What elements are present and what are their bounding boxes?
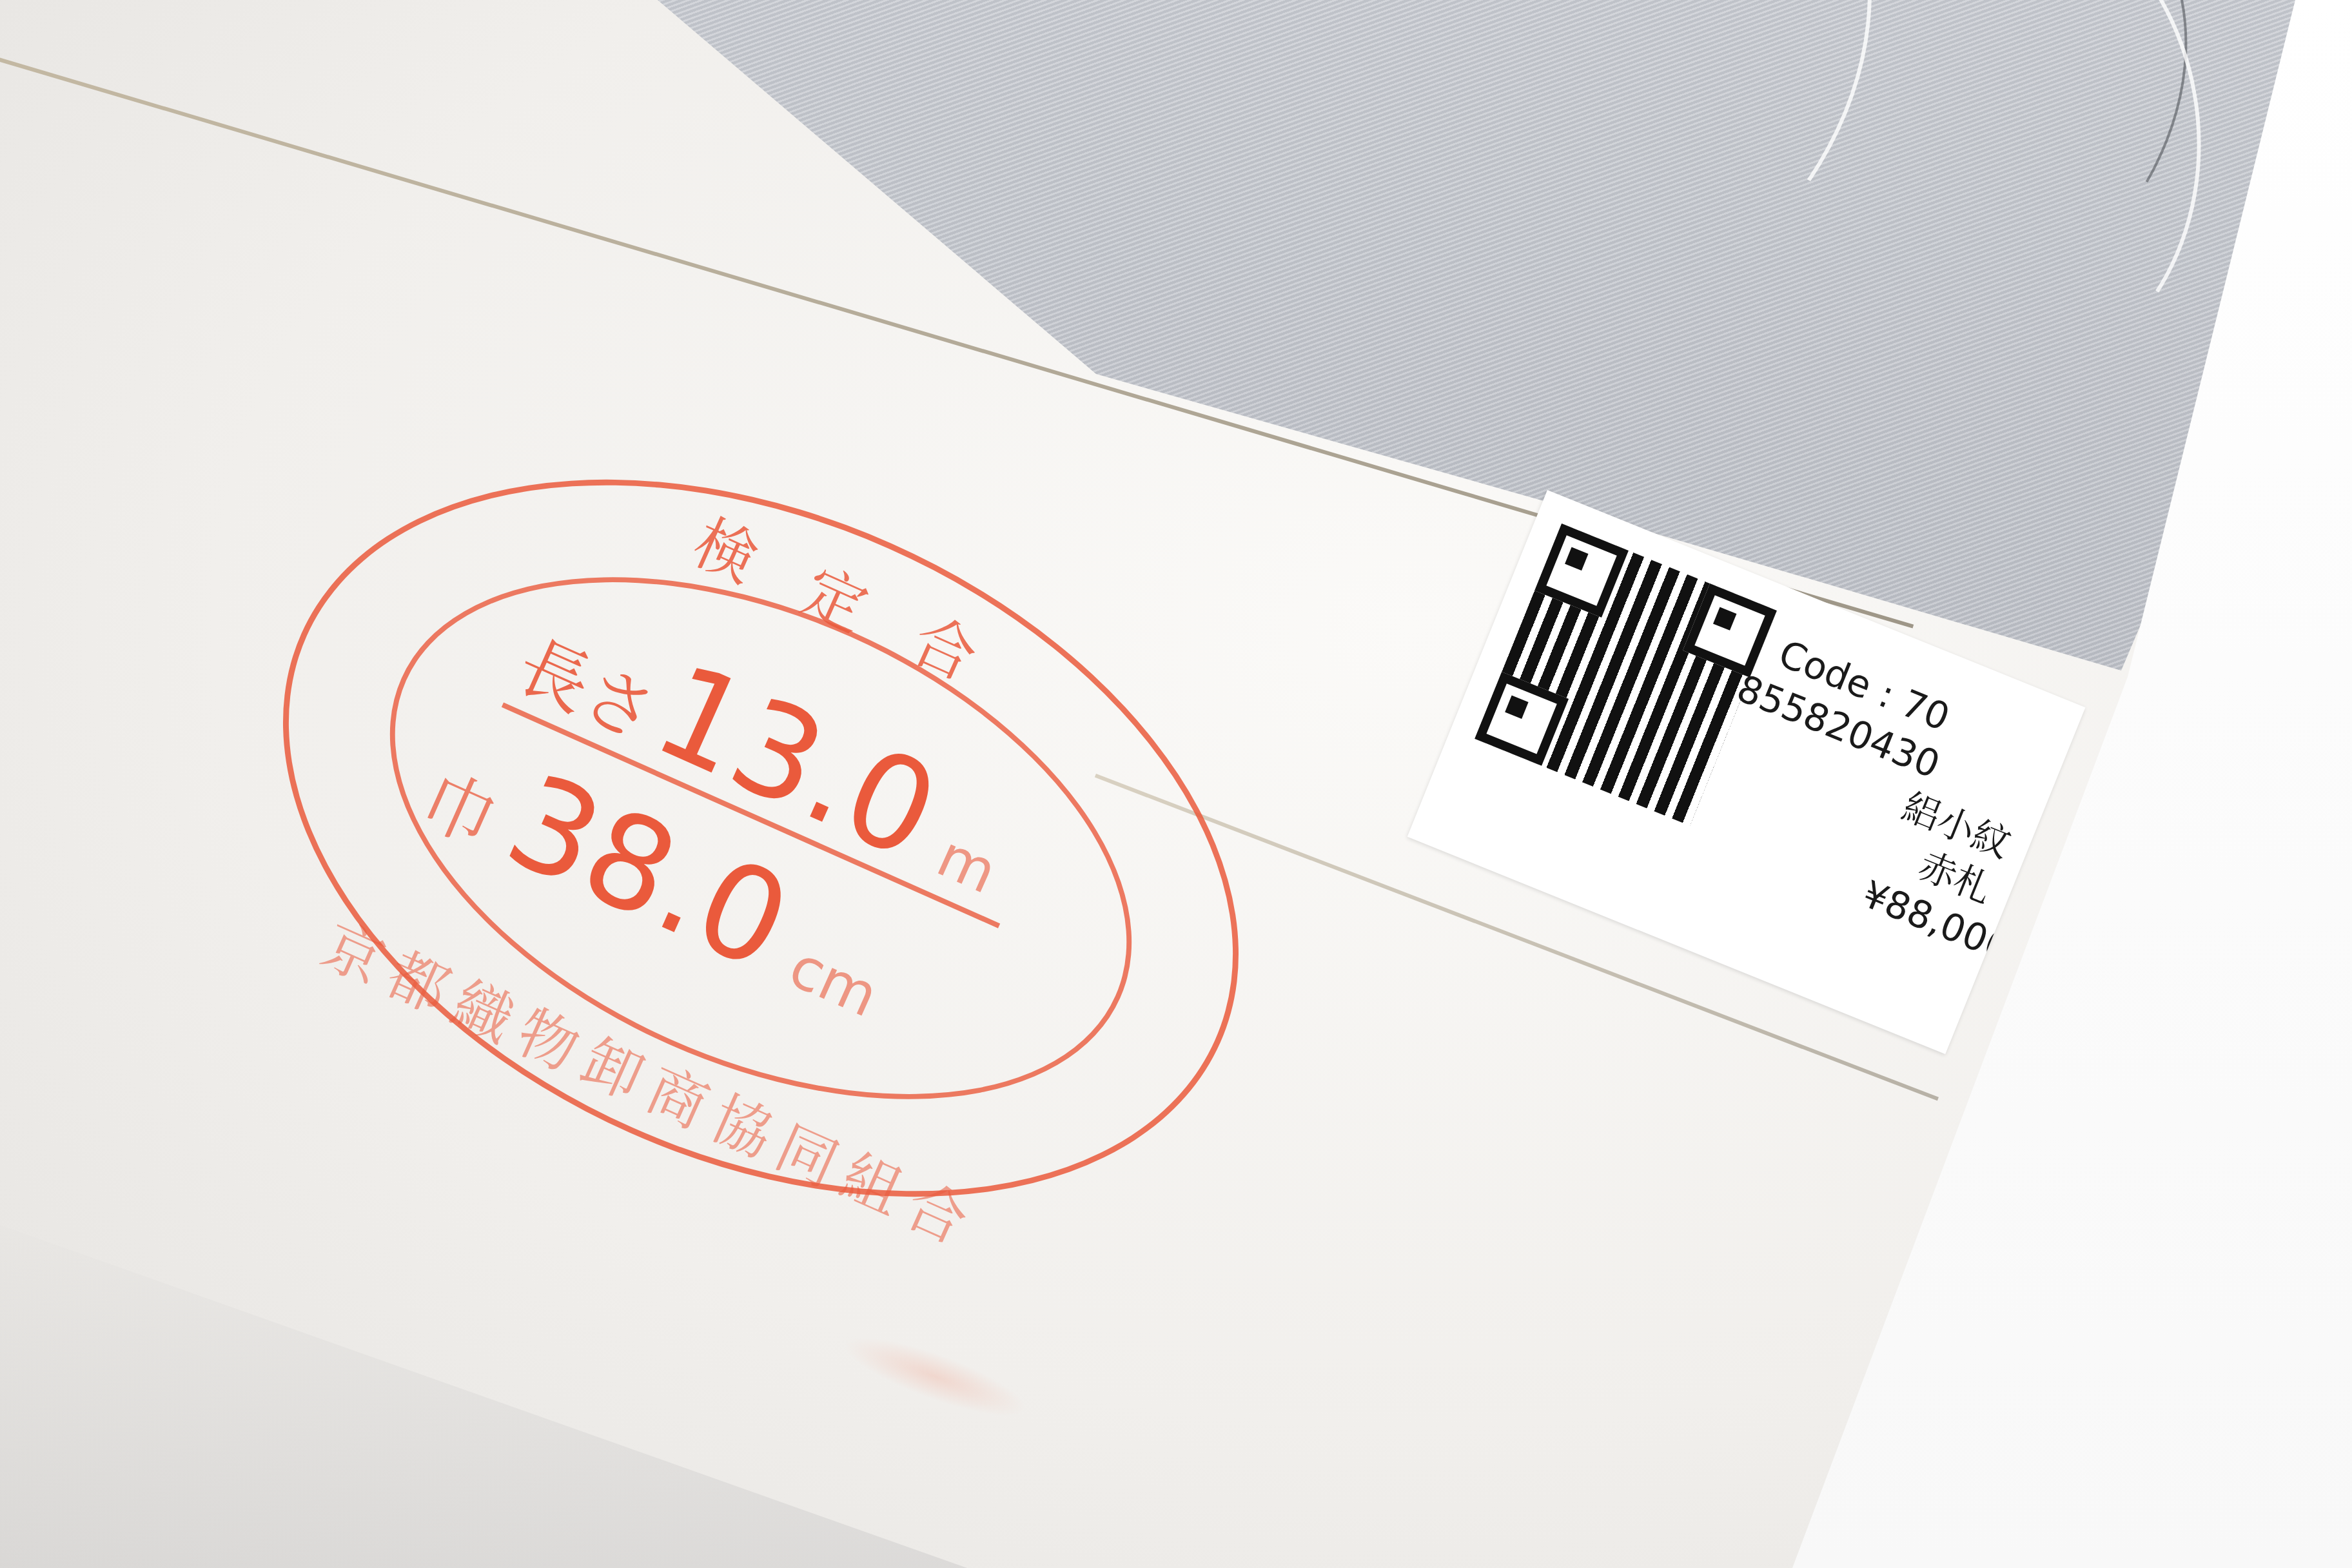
stamp-length-unit: m [928,822,1007,907]
qr-finder-pattern [1683,583,1777,678]
qr-finder-pattern [1475,672,1569,766]
photo-scene: 検定合 長さ13.0m 巾38.0cm 京都織物卸商協同組合 Code : 70… [0,0,2352,1568]
qr-finder-pattern [1534,524,1629,618]
